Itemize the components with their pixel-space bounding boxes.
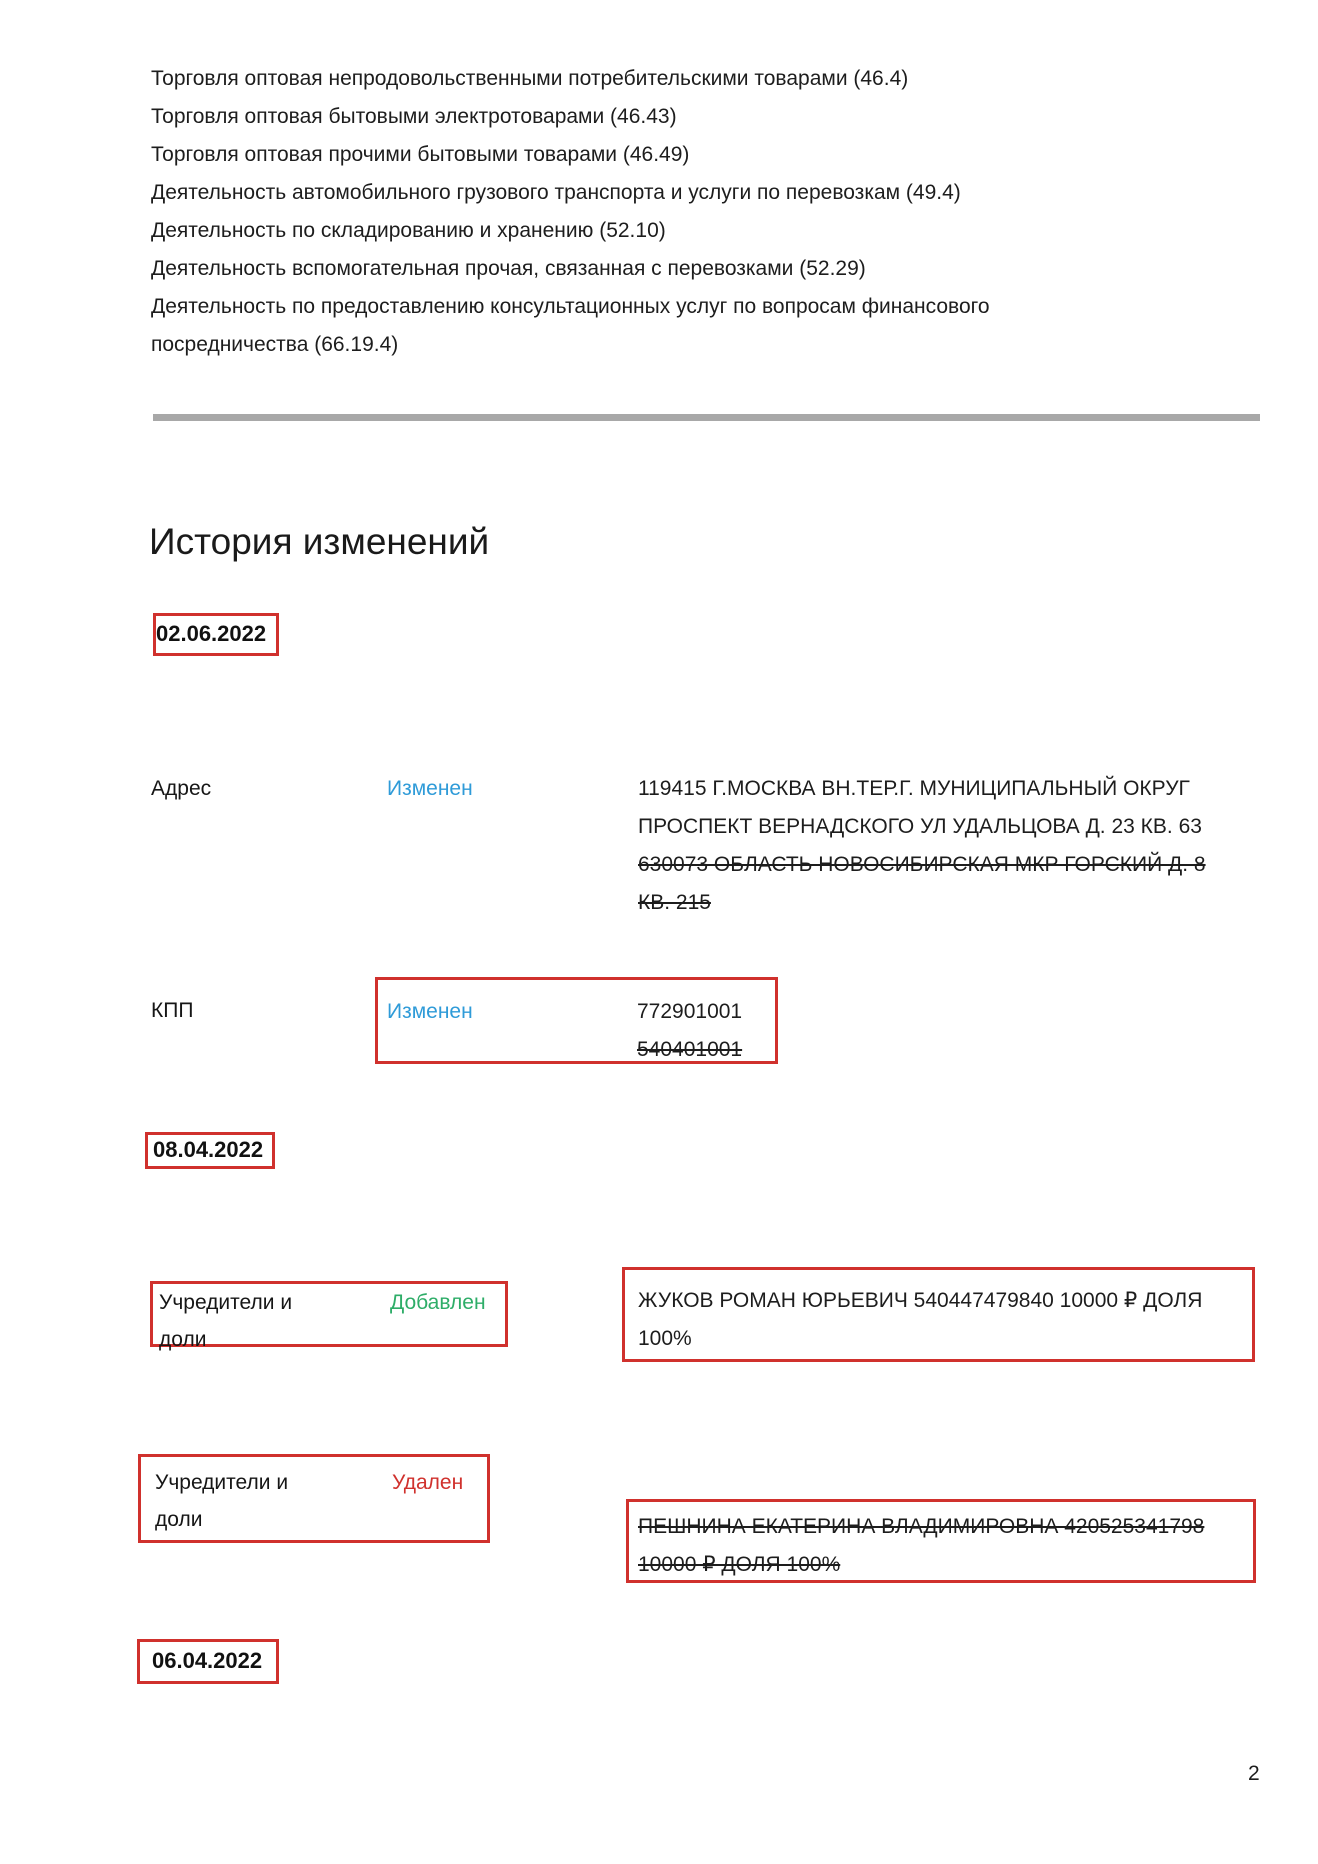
date-badge-02-06-2022: 02.06.2022 (153, 613, 279, 656)
kpp-change-highlight-box: Изменен 772901001 540401001 (375, 977, 778, 1064)
kpp-status-changed: Изменен (387, 993, 473, 1031)
activity-item: Деятельность автомобильного грузового тр… (151, 174, 1031, 212)
address-field-label: Адрес (151, 770, 211, 808)
activity-item: Торговля оптовая бытовыми электротоварам… (151, 98, 1031, 136)
founders-added-label-box: Учредители и доли Добавлен (150, 1281, 508, 1347)
founders-removed-value-box: ПЕШНИНА ЕКАТЕРИНА ВЛАДИМИРОВНА 420525341… (626, 1499, 1256, 1583)
founders-status-added: Добавлен (390, 1284, 486, 1322)
section-divider (153, 414, 1260, 421)
kpp-field-label: КПП (151, 992, 193, 1030)
activity-item: Деятельность по предоставлению консульта… (151, 288, 1031, 364)
date-badge-08-04-2022: 08.04.2022 (145, 1132, 275, 1169)
activity-item: Деятельность вспомогательная прочая, свя… (151, 250, 1031, 288)
address-status-changed: Изменен (387, 770, 473, 808)
founders-field-label: Учредители и доли (155, 1464, 330, 1538)
activities-list: Торговля оптовая непродовольственными по… (151, 60, 1031, 364)
document-page: Торговля оптовая непродовольственными по… (0, 0, 1318, 1864)
activity-item: Деятельность по складированию и хранению… (151, 212, 1031, 250)
history-section-title: История изменений (149, 520, 489, 564)
address-new-value: 119415 Г.МОСКВА ВН.ТЕР.Г. МУНИЦИПАЛЬНЫЙ … (638, 770, 1263, 846)
address-value: 119415 Г.МОСКВА ВН.ТЕР.Г. МУНИЦИПАЛЬНЫЙ … (638, 770, 1263, 922)
kpp-new-value: 772901001 (637, 993, 742, 1031)
founders-removed-label-box: Учредители и доли Удален (138, 1454, 490, 1543)
kpp-values: 772901001 540401001 (637, 993, 742, 1069)
address-old-value: 630073 ОБЛАСТЬ НОВОСИБИРСКАЯ МКР ГОРСКИЙ… (638, 846, 1263, 922)
founders-status-removed: Удален (392, 1464, 463, 1502)
founders-added-value: ЖУКОВ РОМАН ЮРЬЕВИЧ 540447479840 10000 ₽… (638, 1282, 1245, 1358)
kpp-old-value: 540401001 (637, 1031, 742, 1069)
page-number: 2 (1248, 1762, 1260, 1786)
founders-added-value-box: ЖУКОВ РОМАН ЮРЬЕВИЧ 540447479840 10000 ₽… (622, 1267, 1255, 1362)
activity-item: Торговля оптовая прочими бытовыми товара… (151, 136, 1031, 174)
date-badge-06-04-2022: 06.04.2022 (137, 1639, 279, 1684)
founders-removed-value: ПЕШНИНА ЕКАТЕРИНА ВЛАДИМИРОВНА 420525341… (638, 1508, 1250, 1584)
activity-item: Торговля оптовая непродовольственными по… (151, 60, 1031, 98)
founders-field-label: Учредители и доли (159, 1284, 334, 1358)
